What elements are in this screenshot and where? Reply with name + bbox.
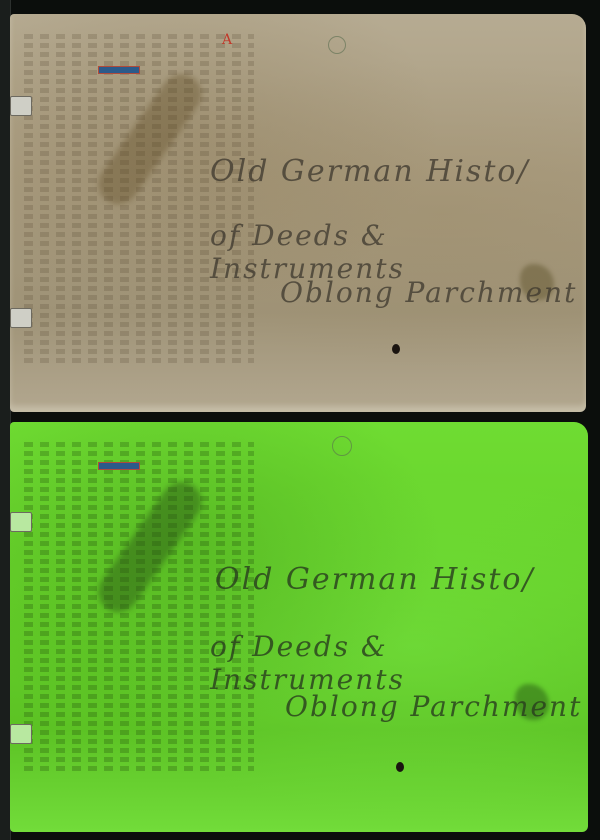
ink-blot	[392, 344, 400, 354]
clasp-top	[10, 96, 32, 116]
ink-blot	[396, 762, 404, 772]
inscription-line-2: of Deeds & Instruments	[210, 630, 588, 696]
illuminated-initial	[98, 66, 140, 74]
parchment-cover-filtered: Old German Histo/ of Deeds & Instruments…	[10, 422, 588, 832]
show-through-text-columns	[24, 442, 254, 772]
clasp-bottom	[10, 308, 32, 328]
natural-light-panel: A Old German Histo/ of Deeds & Instrumen…	[0, 0, 600, 420]
inscription-line-3: Oblong Parchment	[285, 690, 582, 723]
inscription-line-1: Old German Histo/	[215, 562, 535, 597]
stamp-circle	[332, 436, 352, 456]
parchment-cover: A Old German Histo/ of Deeds & Instrumen…	[10, 14, 586, 412]
clasp-top	[10, 512, 32, 532]
inscription-line-1: Old German Histo/	[210, 154, 530, 189]
stamp-circle	[328, 36, 346, 54]
illuminated-initial	[98, 462, 140, 470]
inscription-line-3: Oblong Parchment	[280, 276, 577, 309]
clasp-bottom	[10, 724, 32, 744]
show-through-text-columns	[24, 34, 254, 364]
green-filtered-panel: Old German Histo/ of Deeds & Instruments…	[0, 420, 600, 840]
red-rubric-mark: A	[222, 32, 232, 48]
